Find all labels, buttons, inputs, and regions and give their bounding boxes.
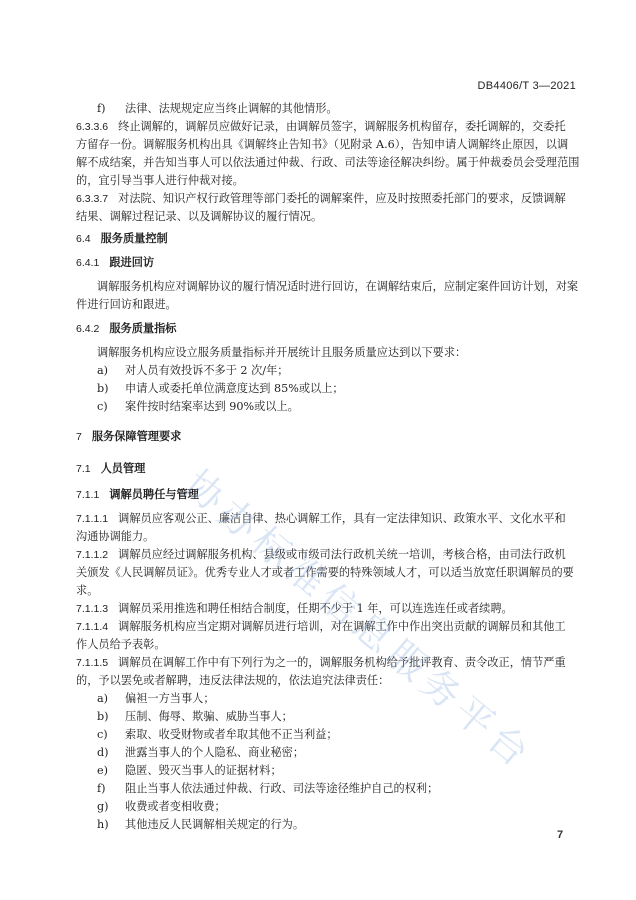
clause-number: 7.1.1.1	[76, 512, 108, 526]
paragraph-line: 解不成结案，并告知当事人可以依法通过仲裁、行政、司法等途径解决纠纷。属于仲裁委员…	[76, 156, 579, 170]
line-text: 阻止当事人依法通过仲裁、行政、司法等途径维护自己的权利；	[125, 782, 438, 795]
line-text: 压制、侮辱、欺骗、威胁当事人；	[125, 710, 293, 723]
line-text: 服务保障管理要求	[92, 430, 182, 443]
line-text: 泄露当事人的个人隐私、商业秘密；	[125, 746, 304, 759]
line-text: 调解员采用推选和聘任相结合制度，任期不少于 1 年，可以连选连任或者续聘。	[118, 602, 513, 615]
list-item: d)泄露当事人的个人隐私、商业秘密；	[97, 746, 304, 760]
list-label: g)	[97, 800, 125, 814]
line-text: 调解员应客观公正、廉洁自律、热心调解工作，具有一定法律知识、政策水平、文化水平和	[118, 512, 566, 525]
paragraph-line: 作人员给予表彰。	[76, 638, 166, 652]
paragraph-line: 方留存一份。调解服务机构出具《调解终止告知书》（见附录 A.6），告知申请人调解…	[76, 138, 568, 152]
clause-number: 6.3.3.6	[76, 120, 108, 134]
list-item: a)偏袒一方当事人；	[97, 692, 215, 706]
list-label: h)	[97, 818, 125, 832]
clause-number: 7	[76, 430, 82, 444]
line-text: 方留存一份。调解服务机构出具《调解终止告知书》（见附录 A.6），告知申请人调解…	[76, 138, 568, 151]
line-text: 调解员在调解工作中有下列行为之一的，调解服务机构给予批评教育、责令改正，情节严重	[118, 656, 566, 669]
paragraph-line: 件进行回访和跟进。	[76, 298, 177, 312]
list-item: h)其他违反人民调解相关规定的行为。	[97, 818, 304, 832]
line-text: 偏袒一方当事人；	[125, 692, 215, 705]
line-text: 调解员应经过调解服务机构、县级或市级司法行政机关统一培训，考核合格，由司法行政机	[118, 548, 566, 561]
line-text: 索取、收受财物或者牟取其他不正当利益；	[125, 728, 338, 741]
section-heading: 6.4服务质量控制	[76, 232, 168, 246]
list-label: f)	[97, 782, 125, 796]
section-heading: 7.1.1调解员聘任与管理	[76, 488, 199, 502]
list-item: a)对人员有效投诉不多于 2 次/年；	[97, 364, 288, 378]
line-text: 对法院、知识产权行政管理等部门委托的调解案件，应及时按照委托部门的要求，反馈调解	[118, 192, 566, 205]
paragraph-line: 结果、调解过程记录、以及调解协议的履行情况。	[76, 210, 322, 224]
line-text: 法律、法规规定应当终止调解的其他情形。	[125, 102, 338, 115]
section-heading: 7服务保障管理要求	[76, 430, 181, 444]
clause-paragraph: 7.1.1.3调解员采用推选和聘任相结合制度，任期不少于 1 年，可以连选连任或…	[76, 602, 513, 616]
line-text: 调解服务机构应设立服务质量指标并开展统计且服务质量应达到以下要求：	[97, 346, 466, 359]
clause-number: 7.1.1.3	[76, 602, 108, 616]
list-item: b)压制、侮辱、欺骗、威胁当事人；	[97, 710, 293, 724]
section-heading: 7.1人员管理	[76, 462, 145, 476]
line-text: 隐匿、毁灭当事人的证据材料；	[125, 764, 282, 777]
clause-number: 6.4.2	[76, 322, 99, 336]
line-text: 沟通协调能力。	[76, 530, 154, 543]
clause-number: 7.1.1.5	[76, 656, 108, 670]
line-text: 调解服务机构应对调解协议的履行情况适时进行回访，在调解结束后，应制定案件回访计划…	[97, 280, 578, 293]
clause-number: 6.4.1	[76, 256, 99, 270]
line-text: 作人员给予表彰。	[76, 638, 166, 651]
list-item: f)法律、法规规定应当终止调解的其他情形。	[97, 102, 338, 116]
line-text: 案件按时结案率达到 90%或以上。	[125, 400, 299, 413]
line-text: 件进行回访和跟进。	[76, 298, 177, 311]
line-text: 解不成结案，并告知当事人可以依法通过仲裁、行政、司法等途径解决纠纷。属于仲裁委员…	[76, 156, 579, 169]
list-label: a)	[97, 692, 125, 706]
clause-number: 7.1	[76, 462, 91, 476]
list-label: b)	[97, 710, 125, 724]
paragraph-line: 调解服务机构应设立服务质量指标并开展统计且服务质量应达到以下要求：	[97, 346, 466, 360]
list-item: b)申请人或委托单位满意度达到 85%或以上；	[97, 382, 344, 396]
clause-paragraph: 7.1.1.5调解员在调解工作中有下列行为之一的，调解服务机构给予批评教育、责令…	[76, 656, 566, 670]
line-text: 关颁发《人民调解员证》。优秀专业人才或者工作需要的特殊领域人才，可以适当放宽任职…	[76, 566, 574, 579]
list-item: e)隐匿、毁灭当事人的证据材料；	[97, 764, 282, 778]
paragraph-line: 的，宜引导当事人进行仲裁对接。	[76, 174, 244, 188]
line-text: 服务质量控制	[101, 232, 168, 245]
line-text: 申请人或委托单位满意度达到 85%或以上；	[125, 382, 344, 395]
line-text: 求。	[76, 584, 98, 597]
line-text: 人员管理	[101, 462, 146, 475]
list-label: f)	[97, 102, 125, 116]
document-page: DB4406/T 3—2021 f)法律、法规规定应当终止调解的其他情形。6.3…	[0, 0, 636, 900]
line-text: 收费或者变相收费；	[125, 800, 226, 813]
line-text: 的，予以罢免或者解聘，违反法律法规的，依法追究法律责任：	[76, 674, 389, 687]
clause-paragraph: 6.3.3.7对法院、知识产权行政管理等部门委托的调解案件，应及时按照委托部门的…	[76, 192, 566, 206]
list-label: e)	[97, 764, 125, 778]
list-item: c)案件按时结案率达到 90%或以上。	[97, 400, 299, 414]
list-label: b)	[97, 382, 125, 396]
line-text: 调解员聘任与管理	[109, 488, 199, 501]
line-text: 其他违反人民调解相关规定的行为。	[125, 818, 304, 831]
list-label: c)	[97, 728, 125, 742]
clause-number: 7.1.1.2	[76, 548, 108, 562]
clause-number: 6.3.3.7	[76, 192, 108, 206]
line-text: 对人员有效投诉不多于 2 次/年；	[125, 364, 288, 377]
paragraph-line: 调解服务机构应对调解协议的履行情况适时进行回访，在调解结束后，应制定案件回访计划…	[97, 280, 578, 294]
section-heading: 6.4.2服务质量指标	[76, 322, 177, 336]
clause-number: 6.4	[76, 232, 91, 246]
line-text: 终止调解的，调解员应做好记录，由调解员签字，调解服务机构留存，委托调解的，交委托	[118, 120, 566, 133]
clause-paragraph: 7.1.1.1调解员应客观公正、廉洁自律、热心调解工作，具有一定法律知识、政策水…	[76, 512, 566, 526]
list-label: d)	[97, 746, 125, 760]
clause-paragraph: 7.1.1.4调解服务机构应当定期对调解员进行培训，对在调解工作中作出突出贡献的…	[76, 620, 566, 634]
page-number: 7	[557, 829, 563, 841]
paragraph-line: 求。	[76, 584, 98, 598]
line-text: 的，宜引导当事人进行仲裁对接。	[76, 174, 244, 187]
paragraph-line: 关颁发《人民调解员证》。优秀专业人才或者工作需要的特殊领域人才，可以适当放宽任职…	[76, 566, 574, 580]
line-text: 调解服务机构应当定期对调解员进行培训，对在调解工作中作出突出贡献的调解员和其他工	[118, 620, 566, 633]
line-text: 服务质量指标	[109, 322, 176, 335]
list-item: f)阻止当事人依法通过仲裁、行政、司法等途径维护自己的权利；	[97, 782, 438, 796]
list-item: c)索取、收受财物或者牟取其他不正当利益；	[97, 728, 338, 742]
clause-number: 7.1.1.4	[76, 620, 108, 634]
clause-paragraph: 6.3.3.6终止调解的，调解员应做好记录，由调解员签字，调解服务机构留存，委托…	[76, 120, 566, 134]
section-heading: 6.4.1跟进回访	[76, 256, 154, 270]
paragraph-line: 沟通协调能力。	[76, 530, 154, 544]
line-text: 结果、调解过程记录、以及调解协议的履行情况。	[76, 210, 322, 223]
list-item: g)收费或者变相收费；	[97, 800, 226, 814]
line-text: 跟进回访	[109, 256, 154, 269]
clause-paragraph: 7.1.1.2调解员应经过调解服务机构、县级或市级司法行政机关统一培训，考核合格…	[76, 548, 566, 562]
list-label: a)	[97, 364, 125, 378]
paragraph-line: 的，予以罢免或者解聘，违反法律法规的，依法追究法律责任：	[76, 674, 389, 688]
list-label: c)	[97, 400, 125, 414]
clause-number: 7.1.1	[76, 488, 99, 502]
standard-code: DB4406/T 3—2021	[478, 80, 576, 92]
